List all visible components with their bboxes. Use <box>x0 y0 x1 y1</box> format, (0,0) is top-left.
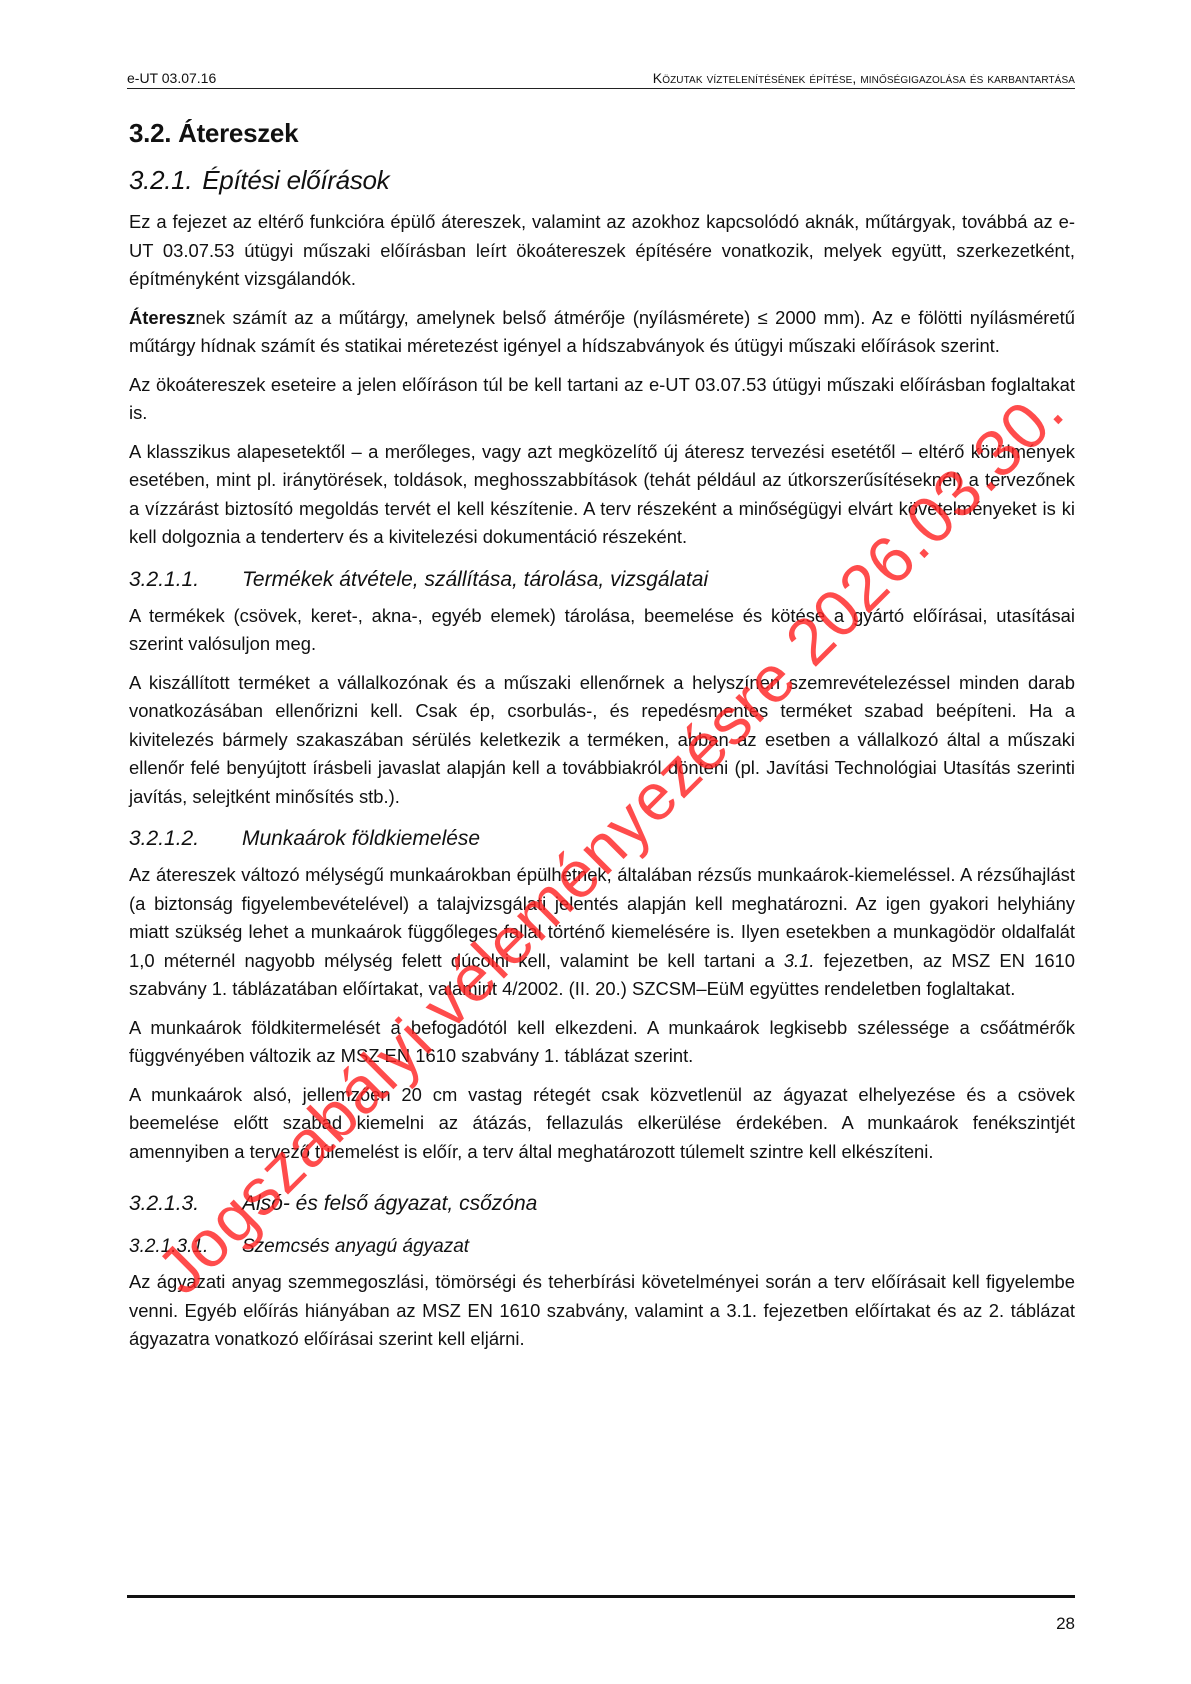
paragraph: A termékek (csövek, keret-, akna-, egyéb… <box>129 602 1075 659</box>
heading-text: Alsó- és felső ágyazat, csőzóna <box>242 1192 537 1215</box>
heading-text: Munkaárok földkiemelése <box>242 827 480 850</box>
subsection-number: 3.2.1. <box>129 165 192 195</box>
header-doc-id: e-UT 03.07.16 <box>127 70 216 86</box>
paragraph: A kiszállított terméket a vállalkozónak … <box>129 669 1075 812</box>
paragraph: Az átereszek változó mélységű munkaárokb… <box>129 861 1075 1004</box>
footer-divider <box>127 1595 1075 1598</box>
paragraph: A munkaárok alsó, jellemzően 20 cm vasta… <box>129 1081 1075 1167</box>
header-divider <box>127 88 1075 89</box>
bold-term: Áteresz <box>129 307 195 328</box>
section-title: 3.2. Átereszek <box>129 118 1075 149</box>
subsection-heading: 3.2.1.Építési előírások <box>129 165 1075 196</box>
heading-number: 3.2.1.2. <box>129 827 242 851</box>
heading-3-2-1-1: 3.2.1.1.Termékek átvétele, szállítása, t… <box>129 568 1075 592</box>
paragraph-text: nek számít az a műtárgy, amelynek belső … <box>129 307 1075 357</box>
paragraph: Áteresznek számít az a műtárgy, amelynek… <box>129 304 1075 361</box>
chapter-reference: 3.1. <box>784 950 815 971</box>
document-page: e-UT 03.07.16 Közutak víztelenítésének é… <box>0 0 1191 1684</box>
header-doc-title: Közutak víztelenítésének építése, minősé… <box>653 70 1075 86</box>
paragraph: A munkaárok földkitermelését a befogadót… <box>129 1014 1075 1071</box>
paragraph: Az ágyazati anyag szemmegoszlási, tömörs… <box>129 1268 1075 1354</box>
paragraph: A klasszikus alapesetektől – a merőleges… <box>129 438 1075 552</box>
heading-3-2-1-2: 3.2.1.2.Munkaárok földkiemelése <box>129 827 1075 851</box>
heading-3-2-1-3-1: 3.2.1.3.1.Szemcsés anyagú ágyazat <box>129 1236 1075 1258</box>
heading-3-2-1-3: 3.2.1.3.Alsó- és felső ágyazat, csőzóna <box>129 1192 1075 1216</box>
page-number: 28 <box>1056 1614 1075 1634</box>
heading-number: 3.2.1.3.1. <box>129 1236 242 1258</box>
heading-text: Termékek átvétele, szállítása, tárolása,… <box>242 568 708 591</box>
subsection-title: Építési előírások <box>202 165 389 195</box>
paragraph: Ez a fejezet az eltérő funkcióra épülő á… <box>129 208 1075 294</box>
heading-number: 3.2.1.3. <box>129 1192 242 1216</box>
page-content: 3.2. Átereszek 3.2.1.Építési előírások E… <box>129 112 1075 1364</box>
heading-text: Szemcsés anyagú ágyazat <box>242 1236 469 1257</box>
paragraph: Az ökoátereszek eseteire a jelen előírás… <box>129 371 1075 428</box>
heading-number: 3.2.1.1. <box>129 568 242 592</box>
